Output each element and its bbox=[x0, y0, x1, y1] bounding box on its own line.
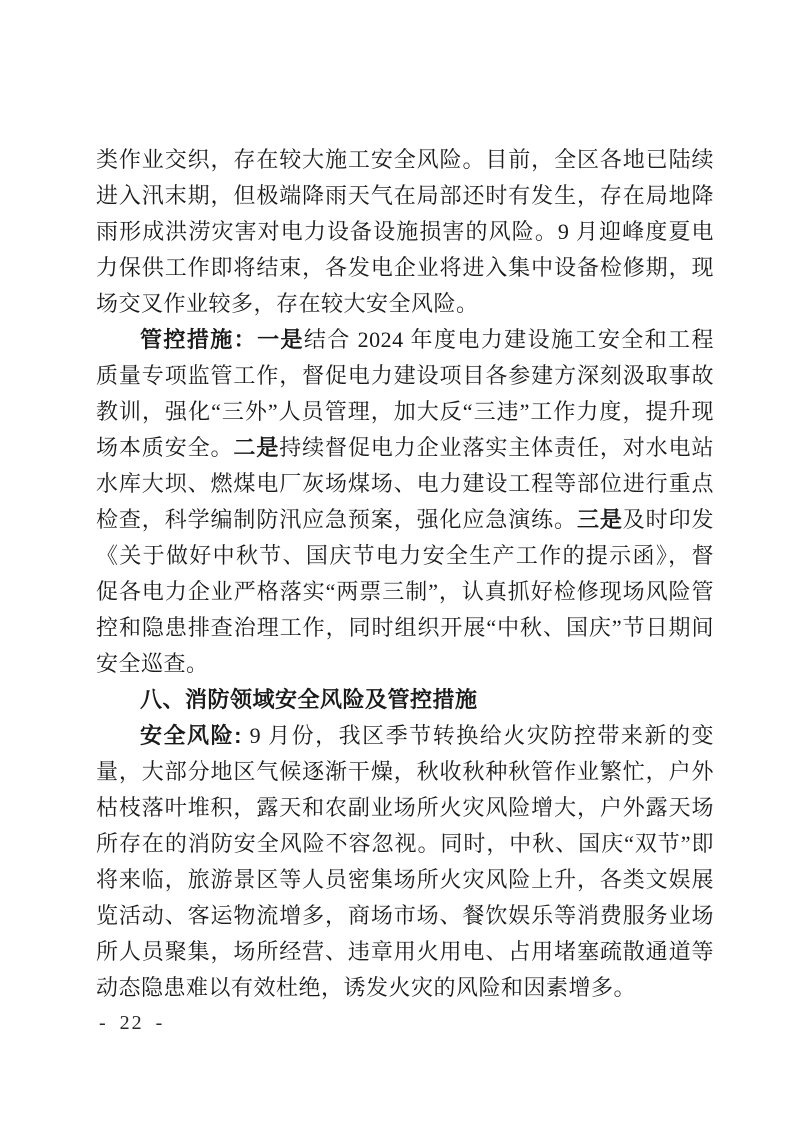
measure-3-label: 三是 bbox=[577, 507, 623, 532]
paragraph-fire-safety-risk: 安全风险: 9 月份，我区季节转换给火灾防控带来新的变量，大部分地区气候逐渐干燥… bbox=[96, 718, 714, 1006]
measure-2-label: 二是 bbox=[233, 435, 279, 460]
document-page: 类作业交织，存在较大施工安全风险。目前，全区各地已陆续进入汛末期，但极端降雨天气… bbox=[0, 0, 793, 1122]
measure-3-text: 及时印发《关于做好中秋节、国庆节电力安全生产工作的提示函》，督促各电力企业严格落… bbox=[96, 507, 714, 676]
paragraph-power-risk-continued: 类作业交织，存在较大施工安全风险。目前，全区各地已陆续进入汛末期，但极端降雨天气… bbox=[96, 142, 714, 322]
safety-risk-label: 安全风险: bbox=[140, 723, 250, 748]
paragraph-power-control-measures: 管控措施：一是结合 2024 年度电力建设施工安全和工程质量专项监管工作，督促电… bbox=[96, 322, 714, 682]
safety-risk-text: 9 月份，我区季节转换给火灾防控带来新的变量，大部分地区气候逐渐干燥，秋收秋种秋… bbox=[96, 723, 714, 1000]
control-measures-label: 管控措施： bbox=[140, 327, 257, 352]
measure-1-label: 一是 bbox=[257, 327, 304, 352]
document-body: 类作业交织，存在较大施工安全风险。目前，全区各地已陆续进入汛末期，但极端降雨天气… bbox=[96, 142, 714, 1006]
page-number: - 22 - bbox=[99, 1008, 164, 1038]
section-heading-fire-safety: 八、消防领域安全风险及管控措施 bbox=[96, 682, 714, 718]
